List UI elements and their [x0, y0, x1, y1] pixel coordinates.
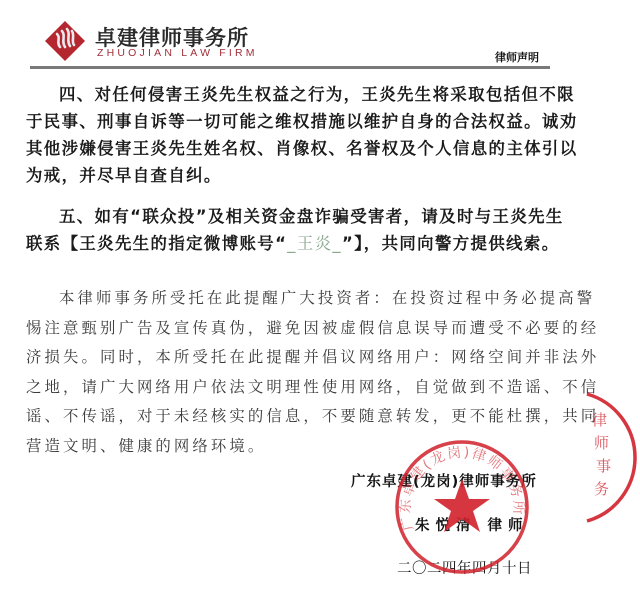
- clause-five-line: 五、如有“联众投”及相关资金盘诈骗受害者，请及时与王炎先生: [26, 203, 566, 230]
- clause-four: 四、对任何侵害王炎先生权益之行为，王炎先生将采取包括但不限 于民事、刑事自诉等一…: [26, 81, 566, 189]
- clause-four-line: 四、对任何侵害王炎先生权益之行为，王炎先生将采取包括但不限: [26, 81, 566, 108]
- svg-text:务: 务: [594, 480, 609, 498]
- firm-name-en: ZHUOJIAN LAW FIRM: [97, 47, 258, 59]
- svg-text:师: 师: [594, 434, 609, 452]
- clause-four-line: 于民事、刑事自诉等一切可能之维权措施以维护自身的合法权益。诚劝: [26, 108, 566, 135]
- clause-five-prefix: 联系【王炎先生的指定微博账号“: [26, 234, 287, 253]
- svg-text:事: 事: [596, 457, 611, 475]
- notice-line: 谣、不传谣，对于未经核实的信息，不要随意转发，更不能杜撰，共同: [26, 402, 571, 432]
- notice-line: 营造文明、健康的网络环境。: [26, 432, 571, 462]
- signing-firm: 广东卓建(龙岗)律师事务所: [351, 470, 537, 491]
- notice-line: 济损失。同时，本所受托在此提醒并倡议网络用户：网络空间并非法外: [26, 343, 571, 373]
- signing-date: 二〇二四年四月十日: [397, 557, 532, 578]
- notice-line: 本律师事务所受托在此提醒广大投资者：在投资过程中务必提高警: [26, 284, 571, 314]
- letterhead: 卓建律师事务所 ZHUOJIAN LAW FIRM 律师声明: [0, 0, 640, 72]
- weibo-account-name: _王炎_: [287, 234, 342, 253]
- header-divider: [30, 66, 550, 69]
- notice-line: 惕注意甄别广告及宣传真伪，避免因被虚假信息误导而遭受不必要的经: [26, 314, 571, 344]
- document-type-label: 律师声明: [495, 49, 539, 65]
- document-page: 卓建律师事务所 ZHUOJIAN LAW FIRM 律师声明 四、对任何侵害王炎…: [0, 0, 640, 599]
- notice-line: 之地，请广大网络用户依法文明理性使用网络，自觉做到不造谣、不信: [26, 373, 571, 403]
- clause-five: 五、如有“联众投”及相关资金盘诈骗受害者，请及时与王炎先生 联系【王炎先生的指定…: [26, 203, 566, 257]
- clause-five-suffix: ”】，共同向警方提供线索。: [342, 234, 559, 253]
- clause-four-line: 为戒，并尽早自查自纠。: [26, 162, 566, 189]
- signing-lawyer: 朱悦清 律师: [415, 514, 529, 535]
- firm-logo-icon: [44, 20, 86, 62]
- clause-five-line: 联系【王炎先生的指定微博账号“_王炎_”】，共同向警方提供线索。: [26, 230, 566, 257]
- public-notice: 本律师事务所受托在此提醒广大投资者：在投资过程中务必提高警 惕注意甄别广告及宣传…: [26, 284, 571, 461]
- clause-four-line: 其他涉嫌侵害王炎先生姓名权、肖像权、名誉权及个人信息的主体引以: [26, 135, 566, 162]
